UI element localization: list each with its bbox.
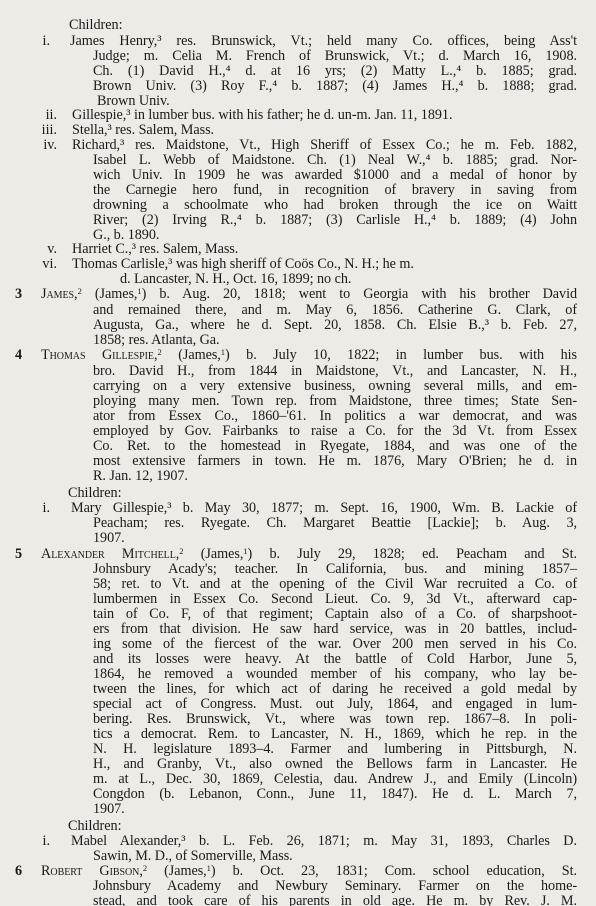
entry-text: ) b. July 10, 1822; in lumber bus. with …: [225, 347, 577, 363]
children-heading: Children:: [69, 18, 123, 33]
entry-line: lumbermen in Essex Co. Second Lieut. Co.…: [93, 592, 577, 607]
child-line: the Carnegie hero fund, in recognition o…: [93, 183, 577, 198]
parent: (James,: [201, 546, 244, 562]
child-numeral: i.: [20, 501, 50, 516]
entry-line: tween the lines, for which act of daring…: [93, 682, 577, 697]
entry-line: Johnsbury Academy and Newbury Seminary. …: [93, 879, 577, 894]
child-line: Mary Gillespie,³ b. May 30, 1877; m. Sep…: [71, 501, 577, 516]
entry-line: ers from that division. He saw hard serv…: [93, 622, 577, 637]
child-line: Judge; m. Celia M. French of Brunswick, …: [93, 49, 577, 64]
entry-line: m. at L., Dec. 30, 1869, Celestia, dau. …: [93, 772, 577, 787]
entry-line: employed by Gov. Fairbanks to raise a Co…: [93, 424, 577, 439]
entry-line: 1864, he removed a wounded member of his…: [93, 667, 577, 682]
child-line: Gillespie,³ in lumber bus. with his fath…: [72, 108, 452, 123]
child-line: Harriet C.,³ res. Salem, Mass.: [72, 242, 238, 257]
entry-name: Robert Gibson,: [41, 863, 143, 879]
entry-text: ) b. July 29, 1828; ed. Peacham and St.: [248, 546, 577, 562]
child-numeral: ii.: [27, 108, 57, 123]
entry-number: 5: [15, 547, 22, 562]
entry-line: Co. Ret. to the homestead in Ryegate, 18…: [93, 439, 577, 454]
entry-first-line: Robert Gibson,2 (James,1) b. Oct. 23, 18…: [41, 864, 577, 879]
entry-number: 6: [15, 864, 22, 879]
entry-line: N. H. legislature 1893–4. Farmer and lum…: [93, 742, 577, 757]
child-line: James Henry,³ res. Brunswick, Vt.; held …: [70, 34, 577, 49]
entry-text: ) b. Aug. 20, 1818; went to Georgia with…: [142, 286, 577, 302]
parent: (James,: [164, 863, 207, 879]
document-page: Children: i. James Henry,³ res. Brunswic…: [0, 0, 596, 906]
child-line: Mabel Alexander,³ b. L. Feb. 26, 1871; m…: [71, 834, 577, 849]
child-line: Thomas Carlisle,³ was high sheriff of Co…: [72, 257, 414, 272]
entry-line: Augusta, Ga., where he d. Sept. 20, 1858…: [93, 318, 577, 333]
child-line: Isabel L. Webb of Maidstone. Ch. (1) Nea…: [93, 153, 577, 168]
entry-first-line: James,2 (James,1) b. Aug. 20, 1818; went…: [41, 287, 577, 302]
entry-line: ator from Essex Co., 1860–'61. In politi…: [93, 409, 577, 424]
entry-number: 3: [15, 287, 22, 302]
child-line: Stella,³ res. Salem, Mass.: [72, 123, 214, 138]
entry-first-line: Thomas Gillespie,2 (James,1) b. July 10,…: [41, 348, 577, 363]
generation-marker: 2: [78, 286, 82, 296]
entry-line: and its losses were heavy. At the battle…: [93, 652, 577, 667]
parent: (James,: [178, 347, 221, 363]
child-line: Peacham; res. Ryegate. Ch. Margaret Beat…: [93, 516, 577, 531]
child-line: d. Lancaster, N. H., Oct. 16, 1899; no c…: [120, 272, 351, 287]
parent: (James,: [95, 286, 138, 302]
child-numeral: iv.: [27, 138, 57, 153]
child-numeral: v.: [27, 242, 57, 257]
entry-first-line: Alexander Mitchell,2 (James,1) b. July 2…: [41, 547, 577, 562]
child-line: 1907.: [93, 531, 125, 546]
entry-number: 4: [15, 348, 22, 363]
entry-line: tain of Co. F, of that regiment; Captain…: [93, 607, 577, 622]
entry-line: 58; ret. to Vt. and at the opening of th…: [93, 577, 577, 592]
child-line: drowning a schoolmate who had broken thr…: [93, 198, 577, 213]
children-heading: Children:: [68, 486, 122, 501]
entry-text: ) b. Oct. 23, 1831; Com. school educatio…: [211, 863, 577, 879]
child-line: Ch. (1) David H.,⁴ d. at 16 yrs; (2) Mat…: [93, 64, 577, 79]
generation-marker: 2: [179, 546, 183, 556]
generation-marker: 2: [143, 863, 147, 873]
entry-line: stead, and took care of his parents in o…: [93, 894, 577, 906]
child-line: Brown Univ. (3) Roy F.,⁴ b. 1887; (4) Ja…: [93, 79, 577, 94]
child-line: Richard,³ res. Maidstone, Vt., High Sher…: [72, 138, 577, 153]
entry-line: bering. Res. Brunswick, Vt., where was t…: [93, 712, 577, 727]
entry-line: Congdon (b. Lebanon, Conn., June 11, 184…: [93, 787, 577, 802]
entry-name: James,: [41, 286, 78, 302]
entry-line: and remained there, and m. May 6, 1856. …: [93, 303, 577, 318]
entry-line: bro. David H., from 1844 in Maidstone, V…: [93, 364, 577, 379]
entry-line: special act of Congress. Must. out July,…: [93, 697, 577, 712]
entry-name: Thomas Gillespie,: [41, 347, 157, 363]
entry-line: carrying on a very extensive business, o…: [93, 379, 577, 394]
child-numeral: i.: [20, 34, 50, 49]
generation-marker: 2: [157, 347, 161, 357]
entry-name: Alexander Mitchell,: [41, 546, 179, 562]
child-line: River; (2) Irving R.,⁴ b. 1887; (3) Carl…: [93, 213, 577, 228]
entry-line: tics a democrat. Rem. to Lancaster, N. H…: [93, 727, 577, 742]
child-numeral: i.: [20, 834, 50, 849]
entry-line: 1907.: [93, 802, 125, 817]
entry-line: ploying many men. Town rep. from Maidsto…: [93, 394, 577, 409]
entry-line: R. Jan. 12, 1907.: [93, 469, 188, 484]
entry-line: H., and Granby, Vt., also owned the Bell…: [93, 757, 577, 772]
child-line: Sawin, M. D., of Somerville, Mass.: [93, 849, 293, 864]
entry-line: ing some of the fiercest of the war. Ove…: [93, 637, 577, 652]
child-numeral: iii.: [27, 123, 57, 138]
child-numeral: vi.: [27, 257, 57, 272]
entry-line: 1858; res. Atlanta, Ga.: [93, 333, 220, 348]
entry-line: Johnsbury Acady's; teacher. In Californi…: [93, 562, 577, 577]
child-line: wich Univ. In 1909 he was awarded $1000 …: [93, 168, 577, 183]
entry-line: most extensive farmers in town. He m. 18…: [93, 454, 577, 469]
children-heading: Children:: [68, 819, 122, 834]
